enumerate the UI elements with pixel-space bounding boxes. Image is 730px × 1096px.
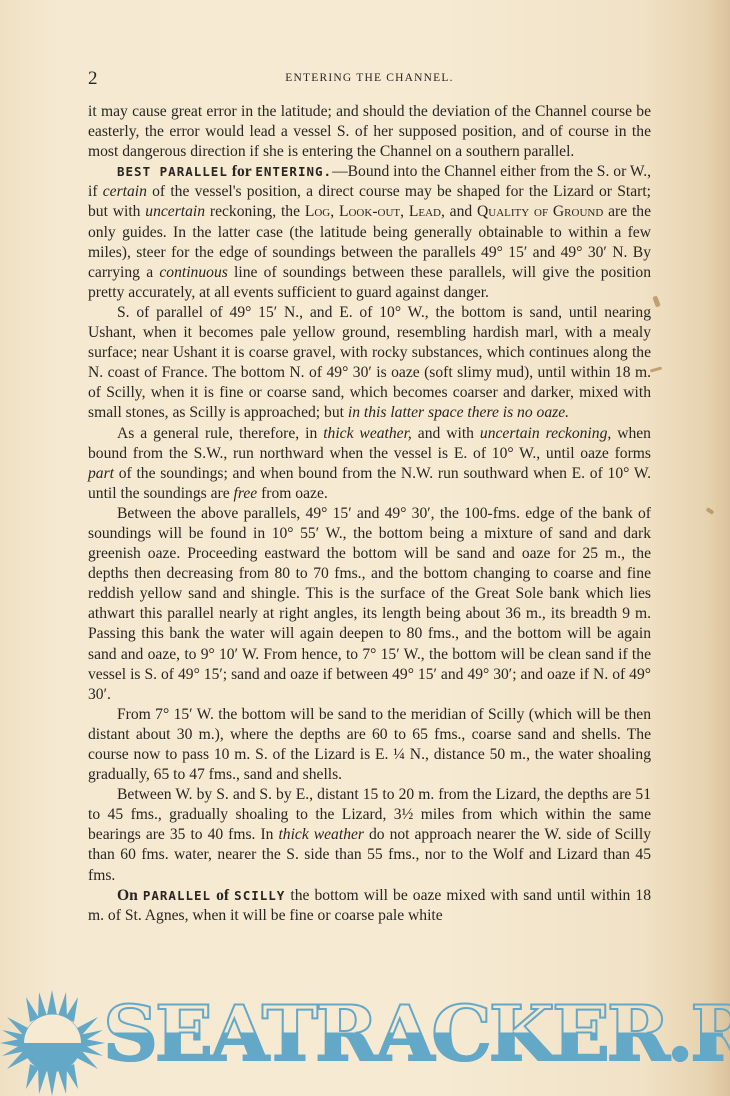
sun-icon	[0, 990, 105, 1096]
paragraph-from-7-15: From 7° 15′ W. the bottom will be sand t…	[88, 705, 651, 785]
paragraph-between-parallels: Between the above parallels, 49° 15′ and…	[88, 504, 651, 705]
watermark: SEATRACKER.RU	[0, 990, 730, 1096]
paragraph-south-of-parallel: S. of parallel of 49° 15′ N., and E. of …	[88, 303, 651, 424]
paper-stain	[650, 366, 662, 372]
paper-stain	[706, 507, 715, 515]
running-title: ENTERING THE CHANNEL.	[88, 72, 651, 84]
paper-stain	[652, 295, 660, 307]
body-text: it may cause great error in the latitude…	[88, 102, 651, 926]
section-heading: BEST PARALLEL for ENTERING.	[117, 164, 332, 179]
paragraph-continuation: it may cause great error in the latitude…	[88, 102, 651, 162]
page-header: 2 ENTERING THE CHANNEL.	[88, 68, 651, 94]
paragraph-parallel-of-scilly: On PARALLEL of SCILLY the bottom will be…	[88, 886, 651, 926]
paragraph-best-parallel: BEST PARALLEL for ENTERING.—Bound into t…	[88, 162, 651, 303]
paragraph-lizard-approach: Between W. by S. and S. by E., distant 1…	[88, 785, 651, 885]
book-page: 2 ENTERING THE CHANNEL. it may cause gre…	[88, 68, 651, 926]
watermark-text: SEATRACKER.RU	[103, 992, 723, 1076]
paragraph-general-rule: As a general rule, therefore, in thick w…	[88, 424, 651, 504]
section-heading: On PARALLEL of SCILLY	[117, 888, 285, 903]
